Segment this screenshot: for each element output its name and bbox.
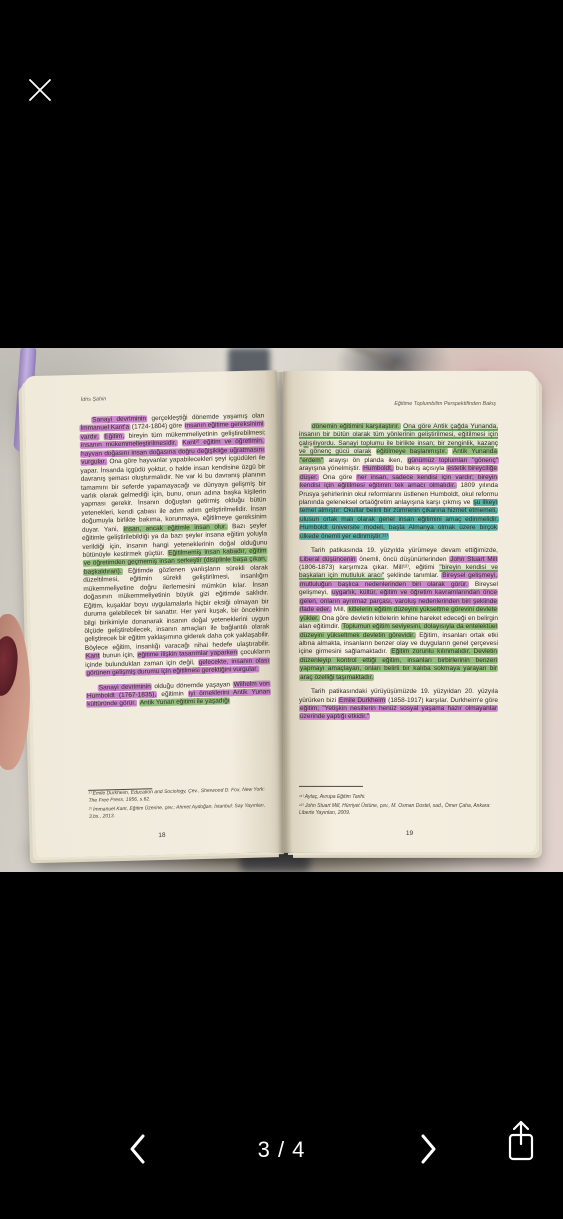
share-button[interactable] <box>502 1118 540 1166</box>
footnote: ¹²⁾ John Stuart Mill, Hürriyet Üstüne, ç… <box>299 803 498 817</box>
page-number: 18 <box>35 829 288 842</box>
book-page-left: İdris Şahin Sanayi devriminin gerçekleşt… <box>24 370 289 858</box>
footnote-rule <box>299 786 363 787</box>
close-button[interactable] <box>22 72 58 108</box>
book-paragraph: Tarih patikasındaki yürüyüşümüzde 19. yü… <box>299 688 498 722</box>
share-icon <box>502 1118 540 1166</box>
footnote: ²⁾ İmmanuel Kant, Eğitim Üzerine, çev.; … <box>89 802 274 821</box>
thumb-nail <box>0 635 21 698</box>
page-paragraphs: Sanayi devriminin gerçekleştiği dönemde … <box>79 412 271 715</box>
book-paragraph: dönemin eğitimini karşılaştırır. Ona gör… <box>299 423 498 541</box>
open-book: İdris Şahin Sanayi devriminin gerçekleşt… <box>28 370 538 856</box>
page-footnotes: ¹¹⁾ Aytaç, Avrupa Eğitim Tarihi.¹²⁾ John… <box>299 794 498 819</box>
page-header-author: İdris Şahin <box>81 396 107 403</box>
photo-viewer: İdris Şahin Sanayi devriminin gerçekleşt… <box>0 0 563 1219</box>
photo-counter: 3 / 4 <box>0 1137 563 1163</box>
book-paragraph: Sanayi devriminin olduğu dönemde yaşayan… <box>86 680 272 710</box>
book-page-right: Eğitime Toplumbilim Perspektifinden Bakı… <box>283 371 536 853</box>
page-header-chapter: Eğitime Toplumbilim Perspektifinden Bakı… <box>394 401 496 407</box>
page-footnotes: ¹⁾ Emile Durkheim, Education and Sociolo… <box>88 786 274 823</box>
book-paragraph: Tarih patikasında 19. yüzyılda yürümeye … <box>299 547 498 682</box>
footnote: ¹¹⁾ Aytaç, Avrupa Eğitim Tarihi. <box>299 794 498 801</box>
close-icon <box>22 72 58 108</box>
book-paragraph: Sanayi devriminin gerçekleştiği dönemde … <box>79 412 270 678</box>
next-photo-button[interactable] <box>412 1131 444 1167</box>
page-number: 19 <box>283 830 536 837</box>
page-paragraphs: dönemin eğitimini karşılaştırır. Ona gör… <box>299 423 498 728</box>
photo-of-book[interactable]: İdris Şahin Sanayi devriminin gerçekleşt… <box>0 348 563 872</box>
thumb-holding-book <box>0 614 30 770</box>
chevron-right-icon <box>412 1131 444 1167</box>
